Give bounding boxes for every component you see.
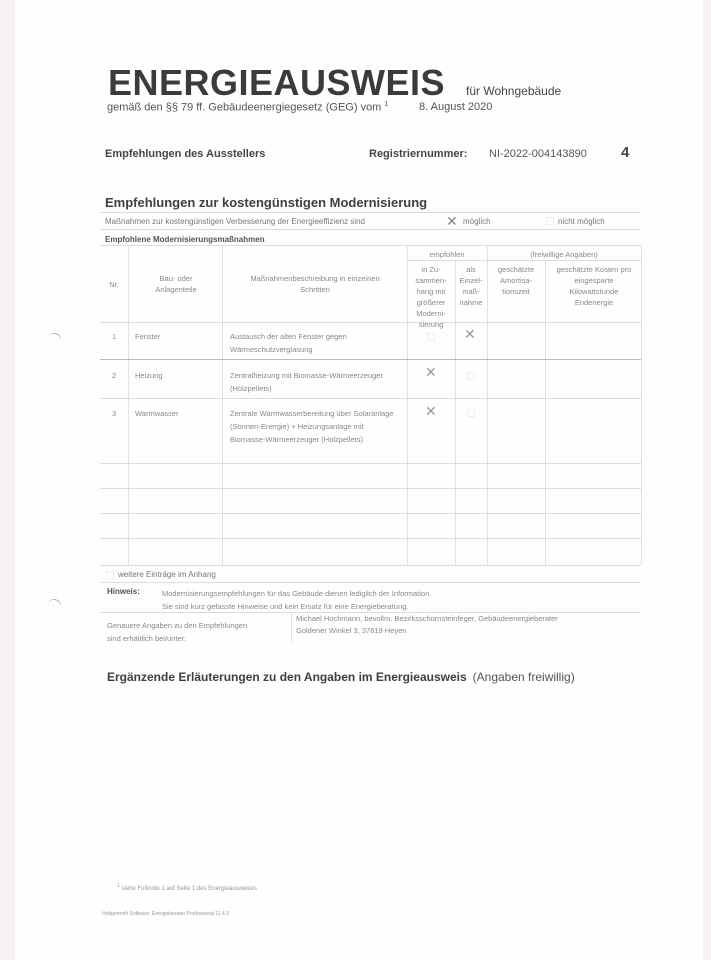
recommendations-title: Empfehlungen zur kostengünstigen Moderni… <box>105 195 427 210</box>
row-divider <box>100 359 641 360</box>
registration-number: NI-2022-004143890 <box>489 148 587 160</box>
header-costs: geschätzte Kosten pro eingesparte Kilowa… <box>552 264 636 308</box>
table-top-border <box>100 245 641 246</box>
note-label: Hinweis: <box>107 587 140 596</box>
row-3-component: Warmwasser <box>135 407 178 420</box>
row-2-component: Heizung <box>135 369 163 382</box>
header-optional: (freiwillige Angaben) <box>487 249 641 260</box>
divider <box>100 229 641 230</box>
recommended-measures-subtitle: Empfohlene Modernisierungsmaßnahmen <box>105 235 265 244</box>
not-possible-checkbox[interactable] <box>546 217 554 225</box>
row-3-nr: 3 <box>112 407 116 420</box>
divider <box>100 212 641 213</box>
details-label: Genauere Angaben zu den Empfehlungen sin… <box>107 619 247 645</box>
footnote: 1 siehe Fußnote 1 auf Seite 1 des Energi… <box>117 883 257 892</box>
legal-basis: gemäß den §§ 79 ff. Gebäudeenergiegesetz… <box>107 101 388 114</box>
header-description: Maßnahmenbeschreibung in einzeinen Schri… <box>250 273 380 295</box>
row-2-combined-x-icon[interactable]: ✕ <box>425 364 437 381</box>
header-group-divider <box>407 260 641 261</box>
measures-text: Maßnahmen zur kostengünstigen Verbesseru… <box>105 217 365 226</box>
row-2-description: Zentralheizung mit Biomasse-Wärmeerzeuge… <box>230 369 400 395</box>
row-divider <box>100 398 641 399</box>
column-line <box>641 245 642 565</box>
empty-row-divider <box>100 488 641 489</box>
table-bottom-border <box>100 565 641 566</box>
row-1-description: Austausch der alten Fenster gegen Wärmes… <box>230 330 400 356</box>
header-component: Bau- oder Anlagenteile <box>140 273 212 295</box>
registration-label: Registriernummer: <box>369 148 467 160</box>
row-3-single-checkbox[interactable] <box>467 409 475 417</box>
more-entries-label: weitere Einträge im Anhang <box>118 570 216 579</box>
header-combined: in Zu-sammen-hang mit größerer Moderni-s… <box>410 264 452 330</box>
empty-row-divider <box>100 538 641 539</box>
row-divider <box>100 322 641 323</box>
row-2-single-checkbox[interactable] <box>467 372 475 380</box>
not-possible-label: nicht möglich <box>558 217 605 226</box>
empty-row-divider <box>100 513 641 514</box>
supplement-title: Ergänzende Erläuterungen zu den Angaben … <box>107 670 575 684</box>
possible-checkbox-x-icon[interactable]: ✕ <box>446 213 458 230</box>
row-3-description: Zentrale Warmwasserbereitung über Solara… <box>230 407 400 446</box>
divider <box>100 582 641 583</box>
column-line <box>128 245 129 565</box>
column-line <box>222 245 223 565</box>
note-text: Modernisierungsempfehlungen für das Gebä… <box>162 587 431 613</box>
page-number: 4 <box>621 144 629 161</box>
software-credit: Hottgenroth Software: Energieberater Pro… <box>102 911 229 917</box>
row-1-single-x-icon[interactable]: ✕ <box>464 326 476 343</box>
row-3-combined-x-icon[interactable]: ✕ <box>425 403 437 420</box>
column-line <box>487 245 488 565</box>
column-line <box>455 260 456 565</box>
header-recommended: empfohlen <box>407 249 487 260</box>
header-single: als Einzel-maß-nahme <box>457 264 485 308</box>
row-1-nr: 1 <box>112 330 116 343</box>
document-page <box>15 0 703 960</box>
header-amortization: geschätzte Amortisa-tionszeit <box>490 264 542 297</box>
more-entries-checkbox[interactable] <box>106 571 114 579</box>
row-1-component: Fenster <box>135 330 160 343</box>
column-line <box>545 260 546 565</box>
row-2-nr: 2 <box>112 369 116 382</box>
document-title-suffix: für Wohngebäude <box>466 84 561 98</box>
row-1-combined-checkbox[interactable] <box>427 333 435 341</box>
details-value: Michael Hochmann, bevollm. Bezirksschorn… <box>296 613 558 637</box>
header-nr: Nr. <box>100 279 128 290</box>
possible-label: möglich <box>463 217 491 226</box>
document-title: ENERGIEAUSWEIS <box>108 62 445 104</box>
section-header: Empfehlungen des Ausstellers <box>105 148 265 160</box>
law-date: 8. August 2020 <box>419 101 492 113</box>
row-divider <box>100 463 641 464</box>
column-line <box>407 245 408 565</box>
column-line <box>291 612 292 642</box>
